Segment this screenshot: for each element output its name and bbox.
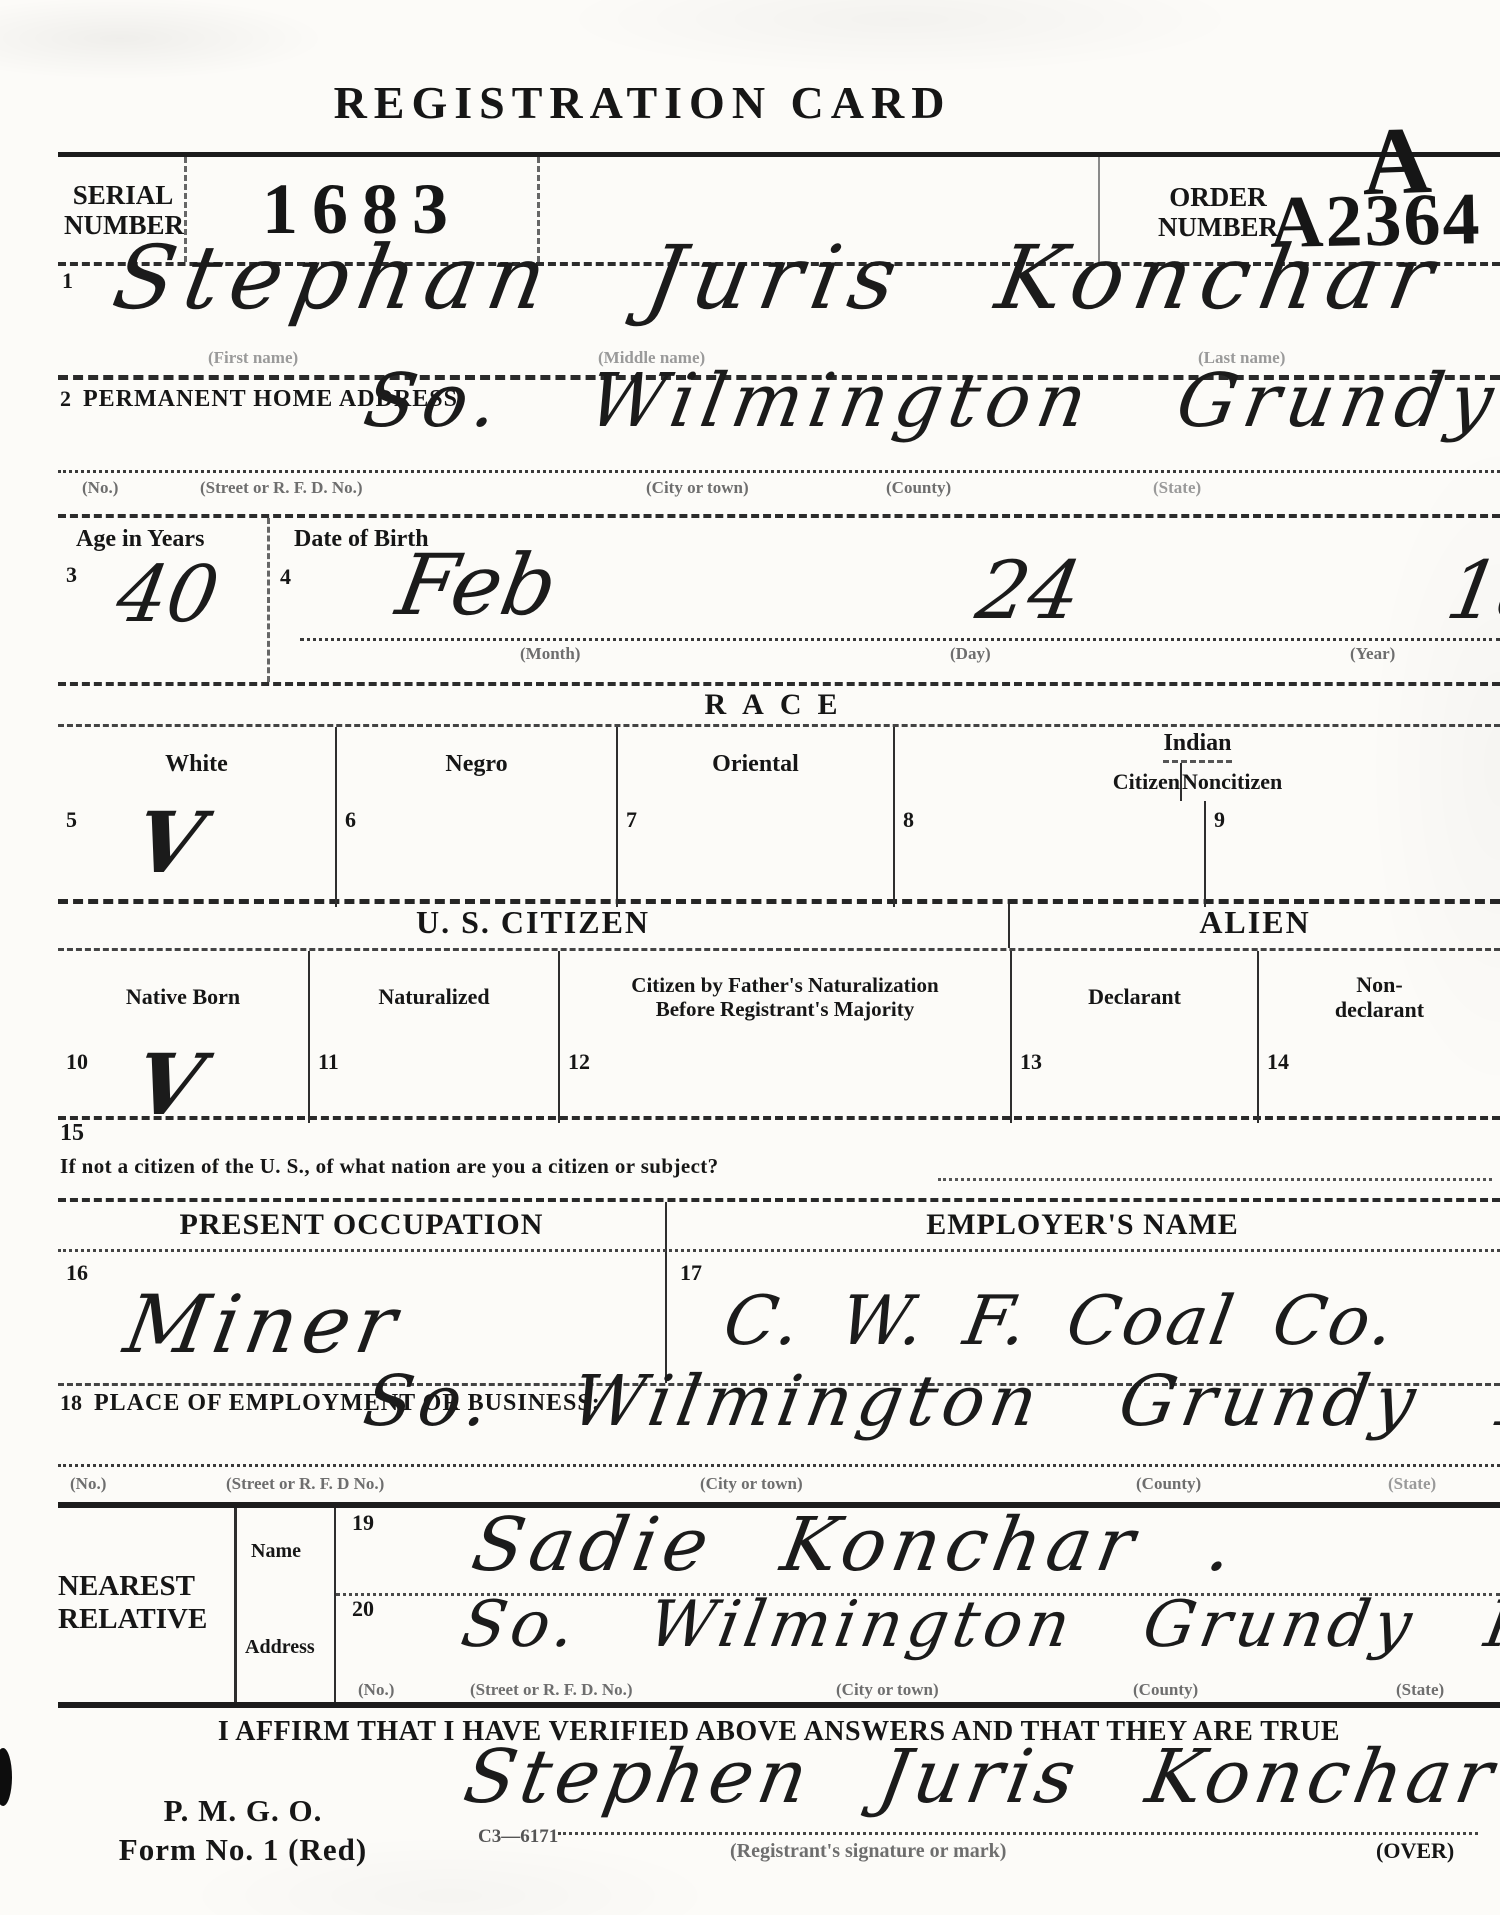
order-label-line1: ORDER — [1158, 183, 1278, 213]
signature-sublabel: (Registrant's signature or mark) — [730, 1840, 1006, 1863]
dob-writing-line — [300, 638, 1500, 641]
name-row-number: 1 — [62, 268, 73, 294]
first-name-sublabel: (First name) — [208, 348, 298, 368]
employment-street-sublabel: (Street or R. F. D No.) — [226, 1474, 384, 1494]
race-oriental-number: 7 — [626, 807, 637, 833]
ink-blot-mark — [0, 1748, 12, 1806]
address-state-sublabel: (State) — [1153, 478, 1201, 498]
signature-writing-line — [558, 1832, 1478, 1835]
print-code: C3—6171 — [478, 1826, 558, 1848]
nearest-relative-line2: RELATIVE — [58, 1603, 234, 1636]
home-address-handwritten-value: So. Wilmington Grundy Ill — [358, 358, 1500, 444]
registrant-signature-handwritten: Stephen Juris Konchar — [458, 1734, 1500, 1820]
dob-year-handwritten: 1878 — [1440, 544, 1500, 637]
race-white-header: White — [58, 727, 335, 801]
age-label: Age in Years — [76, 526, 204, 553]
naturalized-cell: 11 — [308, 1043, 558, 1123]
citizen-by-father-line1: Citizen by Father's Naturalization — [631, 973, 938, 997]
citizen-by-father-cell: 12 — [558, 1043, 1010, 1123]
race-negro-number: 6 — [345, 807, 356, 833]
nearest-relative-section: NEAREST RELATIVE Name Address 19 Sadie K… — [58, 1508, 1500, 1708]
relative-address-field: 20 So. Wilmington Grundy Ill — [336, 1596, 1500, 1674]
relative-name-field: 19 Sadie Konchar . — [336, 1508, 1500, 1596]
relative-street-sublabel: (Street or R. F. D. No.) — [470, 1680, 633, 1700]
race-oriental-cell: 7 — [616, 801, 893, 907]
month-sublabel: (Month) — [520, 644, 580, 664]
home-address-row: 2 PERMANENT HOME ADDRESS: So. Wilmington… — [58, 380, 1500, 518]
address-no-sublabel: (No.) — [82, 478, 118, 498]
employer-number: 17 — [680, 1260, 702, 1286]
place-of-employment-writing-line — [58, 1464, 1500, 1467]
relative-county-sublabel: (County) — [1133, 1680, 1198, 1700]
naturalized-header: Naturalized — [308, 951, 558, 1043]
non-declarant-header: Non- declarant — [1257, 951, 1500, 1043]
native-born-cell: 10 V — [58, 1043, 308, 1123]
non-declarant-number: 14 — [1267, 1049, 1289, 1075]
race-white-number: 5 — [66, 807, 77, 833]
dob-day-handwritten: 24 — [970, 544, 1088, 637]
occupation-employer-table: PRESENT OCCUPATION EMPLOYER'S NAME 16 Mi… — [58, 1202, 1500, 1386]
citizenship-table: Native Born Naturalized Citizen by Fathe… — [58, 948, 1500, 1120]
race-indian-noncitizen-cell: 9 — [1204, 801, 1500, 907]
relative-no-sublabel: (No.) — [358, 1680, 394, 1700]
dob-number: 4 — [280, 564, 291, 590]
place-of-employment-row: 18 PLACE OF EMPLOYMENT OR BUSINESS: So. … — [58, 1386, 1500, 1508]
day-sublabel: (Day) — [950, 644, 991, 664]
native-born-number: 10 — [66, 1049, 88, 1075]
citizen-by-father-header: Citizen by Father's Naturalization Befor… — [558, 951, 1010, 1043]
relative-address-number: 20 — [352, 1596, 374, 1622]
place-of-employment-handwritten-value: So. Wilmington Grundy Ill — [358, 1360, 1500, 1442]
dob-cell: Date of Birth 4 Feb 24 1878 (Month) (Day… — [270, 518, 1500, 682]
relative-state-sublabel: (State) — [1396, 1680, 1444, 1700]
employers-name-header: EMPLOYER'S NAME — [665, 1208, 1500, 1242]
form-identifier: P. M. G. O. Form No. 1 (Red) — [58, 1792, 428, 1870]
declarant-header: Declarant — [1010, 951, 1257, 1043]
dob-month-handwritten: Feb — [390, 536, 564, 634]
relative-name-label: Name — [251, 1540, 301, 1563]
card-title: REGISTRATION CARD — [0, 76, 1285, 129]
non-declarant-cell: 14 — [1257, 1043, 1500, 1123]
serial-label-line1: SERIAL — [64, 181, 182, 211]
age-handwritten-value: 40 — [110, 550, 225, 640]
naturalized-number: 11 — [318, 1049, 339, 1075]
non-declarant-line1: Non- — [1356, 972, 1402, 997]
race-indian-citizen-number: 8 — [903, 807, 914, 833]
question-15-answer-line — [938, 1178, 1492, 1181]
employment-city-sublabel: (City or town) — [700, 1474, 803, 1494]
citizen-by-father-line2: Before Registrant's Majority — [656, 997, 915, 1021]
relative-field-label-column: Name Address — [234, 1508, 336, 1702]
relative-name-number: 19 — [352, 1510, 374, 1536]
alien-header: ALIEN — [1008, 904, 1500, 948]
employment-state-sublabel: (State) — [1388, 1474, 1436, 1494]
relative-name-handwritten-value: Sadie Konchar . — [466, 1502, 1245, 1588]
question-15-row: 15 If not a citizen of the U. S., of wha… — [58, 1120, 1500, 1202]
us-citizen-header: U. S. CITIZEN — [58, 904, 1008, 948]
employment-no-sublabel: (No.) — [70, 1474, 106, 1494]
race-indian-noncitizen-header: Noncitizen — [1180, 763, 1282, 801]
race-section-header: RACE — [58, 688, 1500, 722]
race-indian-header: Indian — [1163, 727, 1231, 763]
native-born-header: Native Born — [58, 951, 308, 1043]
footer-section: P. M. G. O. Form No. 1 (Red) C3—6171 Ste… — [58, 1752, 1500, 1902]
over-label: (OVER) — [1376, 1838, 1454, 1864]
year-sublabel: (Year) — [1350, 644, 1395, 664]
race-indian-citizen-header: Citizen — [1113, 763, 1180, 801]
relative-address-handwritten-value: So. Wilmington Grundy Ill — [456, 1588, 1500, 1662]
present-occupation-header: PRESENT OCCUPATION — [58, 1208, 665, 1242]
employer-handwritten-value: C. W. F. Coal Co. — [718, 1282, 1403, 1361]
race-negro-header: Negro — [335, 727, 616, 801]
employment-county-sublabel: (County) — [1136, 1474, 1201, 1494]
question-15-number: 15 — [60, 1120, 84, 1147]
name-handwritten-value: Stephan Juris Konchar — [106, 226, 1451, 329]
non-declarant-line2: declarant — [1335, 997, 1424, 1022]
race-indian-subheaders: Citizen Noncitizen — [1113, 763, 1282, 801]
home-address-writing-line — [58, 470, 1500, 473]
age-number: 3 — [66, 562, 77, 588]
race-indian-noncitizen-number: 9 — [1214, 807, 1225, 833]
race-white-cell: 5 V — [58, 801, 335, 907]
address-county-sublabel: (County) — [886, 478, 951, 498]
citizenship-section-headers: U. S. CITIZEN ALIEN — [58, 904, 1500, 948]
race-negro-cell: 6 — [335, 801, 616, 907]
relative-city-sublabel: (City or town) — [836, 1680, 939, 1700]
address-street-sublabel: (Street or R. F. D. No.) — [200, 478, 363, 498]
race-oriental-header: Oriental — [616, 727, 893, 801]
occupation-number: 16 — [66, 1260, 88, 1286]
nearest-relative-line1: NEAREST — [58, 1570, 234, 1603]
place-of-employment-number: 18 — [60, 1390, 82, 1416]
nearest-relative-label: NEAREST RELATIVE — [58, 1570, 234, 1637]
age-cell: Age in Years 3 40 — [58, 518, 270, 682]
race-indian-citizen-cell: 8 — [893, 801, 1204, 907]
declarant-number: 13 — [1020, 1049, 1042, 1075]
age-dob-row: Age in Years 3 40 Date of Birth 4 Feb 24… — [58, 518, 1500, 686]
race-table: White Negro Oriental Indian Citizen Nonc… — [58, 724, 1500, 904]
occupation-handwritten-value: Miner — [118, 1278, 409, 1371]
race-white-checkmark: V — [128, 793, 211, 892]
citizen-by-father-number: 12 — [568, 1049, 590, 1075]
relative-address-label: Address — [245, 1636, 315, 1659]
question-15-text: If not a citizen of the U. S., of what n… — [60, 1154, 719, 1179]
declarant-cell: 13 — [1010, 1043, 1257, 1123]
pmgo-label: P. M. G. O. — [58, 1792, 428, 1831]
form-number-label: Form No. 1 (Red) — [58, 1831, 428, 1870]
registration-card: REGISTRATION CARD SERIAL NUMBER 1683 ORD… — [0, 0, 1500, 1915]
address-city-sublabel: (City or town) — [646, 478, 749, 498]
race-indian-header-group: Indian Citizen Noncitizen — [893, 727, 1500, 801]
home-address-number: 2 — [60, 386, 71, 412]
